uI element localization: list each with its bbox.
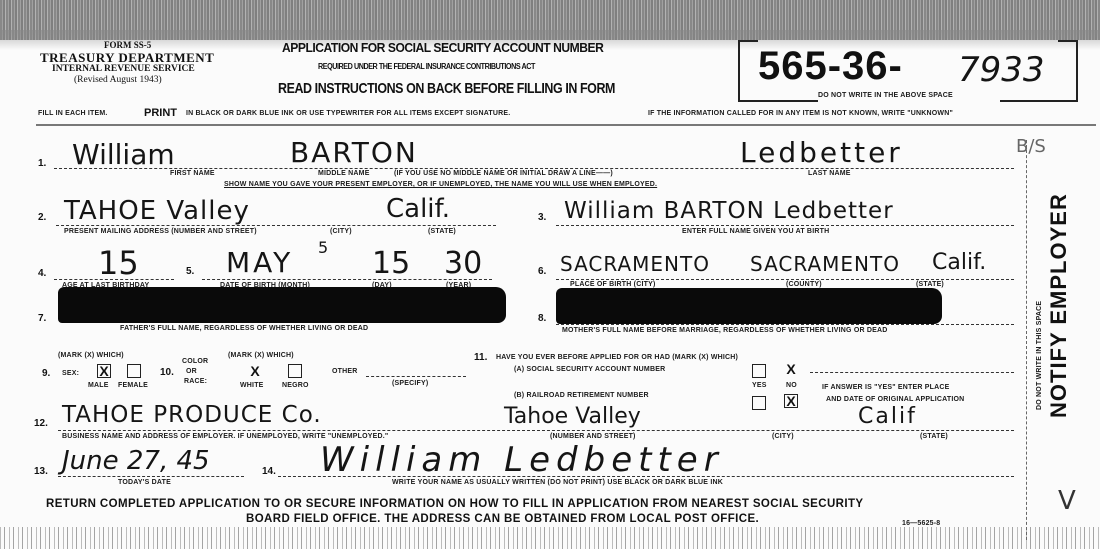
ss5-application-form: FORM SS-5 TREASURY DEPARTMENT INTERNAL R… — [0, 0, 1100, 549]
race-mark-note: (MARK (X) WHICH) — [228, 352, 294, 359]
prior-application-note-1: IF ANSWER IS "YES" ENTER PLACE — [822, 384, 950, 391]
footer-line-1: RETURN COMPLETED APPLICATION TO OR SECUR… — [46, 498, 863, 510]
label-signature: WRITE YOUR NAME AS USUALLY WRITTEN (DO N… — [392, 479, 723, 486]
item-number: 9. — [42, 368, 50, 379]
label-employer-street: (NUMBER AND STREET) — [550, 433, 636, 440]
instruction-heading: READ INSTRUCTIONS ON BACK BEFORE FILLING… — [278, 80, 615, 97]
label-female: FEMALE — [118, 382, 148, 389]
label-specify: (SPECIFY) — [392, 380, 428, 387]
birth-city-value: SACRAMENTO — [560, 252, 710, 276]
railroad-yes-checkbox[interactable] — [752, 396, 766, 410]
railroad-no-checkbox[interactable]: X — [784, 394, 798, 408]
label-employer-state: (STATE) — [920, 433, 948, 440]
item-number: 2. — [38, 212, 46, 223]
fill-instruction-print: PRINT — [144, 107, 177, 119]
birth-year-value: 30 — [444, 246, 482, 281]
label-ss-number: (A) SOCIAL SECURITY ACCOUNT NUMBER — [514, 366, 665, 373]
scan-noise-bottom — [0, 527, 1100, 549]
label-birth-state: (STATE) — [916, 281, 944, 288]
item-number: 3. — [538, 212, 546, 223]
field-line — [556, 279, 1014, 280]
employer-address-value: Tahoe Valley — [504, 404, 641, 429]
employer-state-value: Calif — [858, 404, 917, 429]
item-number: 7. — [38, 313, 46, 324]
form-code: 16—5625-8 — [902, 520, 940, 527]
race-white-checkbox[interactable]: X — [248, 364, 262, 378]
label-birth-city: PLACE OF BIRTH (CITY) — [570, 281, 655, 288]
first-name-value: William — [72, 138, 175, 171]
form-subtitle: REQUIRED UNDER THE FEDERAL INSURANCE CON… — [318, 62, 535, 71]
mother-name-redaction — [556, 288, 942, 324]
field-line — [556, 324, 1014, 325]
item-number: 10. — [160, 367, 174, 378]
divider — [36, 124, 1096, 126]
last-name-value: Ledbetter — [740, 136, 903, 169]
label-mailing-address: PRESENT MAILING ADDRESS (NUMBER AND STRE… — [64, 228, 257, 235]
state-value: Calif. — [386, 194, 450, 224]
prior-application-note-2: AND DATE OF ORIGINAL APPLICATION — [826, 396, 964, 403]
name-note: SHOW NAME YOU GAVE YOUR PRESENT EMPLOYER… — [224, 181, 657, 188]
sex-mark-note: (MARK (X) WHICH) — [58, 352, 124, 359]
label-mother-name: MOTHER'S FULL NAME BEFORE MARRIAGE, REGA… — [562, 327, 888, 334]
field-line — [58, 476, 244, 477]
form-title: APPLICATION FOR SOCIAL SECURITY ACCOUNT … — [282, 40, 603, 55]
item-number: 5. — [186, 266, 194, 277]
race-negro-checkbox[interactable] — [288, 364, 302, 378]
item-number: 13. — [34, 466, 48, 477]
label-yes: YES — [752, 382, 767, 389]
label-last-name: LAST NAME — [808, 170, 851, 177]
employer-name-value: TAHOE PRODUCE Co. — [62, 402, 322, 428]
label-other: OTHER — [332, 368, 358, 375]
birth-month-superscript: 5 — [318, 238, 328, 257]
margin-mark: B/S — [1016, 136, 1046, 157]
footer-line-2: BOARD FIELD OFFICE. THE ADDRESS CAN BE O… — [246, 513, 759, 525]
field-line — [58, 430, 1014, 431]
label-negro: NEGRO — [282, 382, 309, 389]
race-label-race: RACE: — [184, 378, 207, 385]
ss-number-no-checkbox[interactable]: X — [784, 362, 798, 376]
birth-month-value: MAY — [226, 246, 293, 279]
item-number: 6. — [538, 266, 546, 277]
fill-instruction-ink: IN BLACK OR DARK BLUE INK OR USE TYPEWRI… — [186, 110, 510, 117]
label-employer: BUSINESS NAME AND ADDRESS OF EMPLOYER. I… — [62, 433, 388, 440]
race-label-or: OR — [186, 368, 197, 375]
sex-male-checkbox[interactable]: X — [97, 364, 111, 378]
label-employer-city: (CITY) — [772, 433, 794, 440]
signature-value: William Ledbetter — [320, 440, 724, 480]
item-number: 11. — [474, 352, 487, 363]
label-birth-name: ENTER FULL NAME GIVEN YOU AT BIRTH — [682, 228, 829, 235]
birth-day-value: 15 — [372, 246, 410, 281]
birth-state-value: Calif. — [932, 250, 986, 275]
label-middle-name: MIDDLE NAME — [318, 170, 370, 177]
sex-label: SEX: — [62, 370, 79, 377]
ssn-handwritten: 7933 — [958, 50, 1045, 90]
ss-number-yes-checkbox[interactable] — [752, 364, 766, 378]
form-number: FORM SS-5 — [104, 40, 151, 50]
notify-employer-stamp: NOTIFY EMPLOYER — [1046, 193, 1072, 418]
corner-check-mark: V — [1058, 486, 1076, 516]
field-line — [556, 225, 1014, 226]
label-todays-date: TODAY'S DATE — [118, 479, 171, 486]
address-value: TAHOE Valley — [64, 196, 250, 226]
item-number: 14. — [262, 466, 276, 477]
race-label-color: COLOR — [182, 358, 208, 365]
ssn-printed: 565-36- — [758, 44, 903, 89]
item-number: 8. — [538, 313, 546, 324]
prior-application-question: HAVE YOU EVER BEFORE APPLIED FOR OR HAD … — [496, 354, 738, 361]
fill-instruction: FILL IN EACH ITEM. — [38, 110, 108, 117]
margin-do-not-write: DO NOT WRITE IN THIS SPACE — [1036, 301, 1043, 410]
fill-instruction-unknown: IF THE INFORMATION CALLED FOR IN ANY ITE… — [648, 110, 953, 117]
ssn-box-border — [738, 100, 818, 102]
ssn-box-border — [1000, 100, 1078, 102]
label-no: NO — [786, 382, 797, 389]
service-name: INTERNAL REVENUE SERVICE — [52, 64, 195, 74]
father-name-redaction — [58, 287, 506, 323]
revised-date: (Revised August 1943) — [74, 75, 162, 85]
birth-name-value: William BARTON Ledbetter — [564, 198, 894, 224]
label-white: WHITE — [240, 382, 264, 389]
birth-county-value: SACRAMENTO — [750, 252, 900, 276]
item-number: 12. — [34, 418, 48, 429]
label-state: (STATE) — [428, 228, 456, 235]
age-value: 15 — [98, 244, 139, 282]
todays-date-value: June 27, 45 — [62, 446, 210, 476]
sex-female-checkbox[interactable] — [127, 364, 141, 378]
middle-name-value: BARTON — [290, 136, 418, 169]
item-number: 1. — [38, 158, 46, 169]
label-middle-note: (IF YOU USE NO MIDDLE NAME OR INITIAL DR… — [394, 170, 613, 177]
label-railroad-number: (B) RAILROAD RETIREMENT NUMBER — [514, 392, 649, 399]
label-birth-county: (COUNTY) — [786, 281, 822, 288]
item-number: 4. — [38, 268, 46, 279]
margin-divider — [1026, 140, 1027, 540]
other-race-line[interactable] — [366, 376, 466, 377]
ssn-box-note: DO NOT WRITE IN THE ABOVE SPACE — [818, 92, 953, 99]
label-city: (CITY) — [330, 228, 352, 235]
label-male: MALE — [88, 382, 109, 389]
label-father-name: FATHER'S FULL NAME, REGARDLESS OF WHETHE… — [120, 325, 368, 332]
label-first-name: FIRST NAME — [170, 170, 215, 177]
field-line — [810, 372, 1014, 373]
